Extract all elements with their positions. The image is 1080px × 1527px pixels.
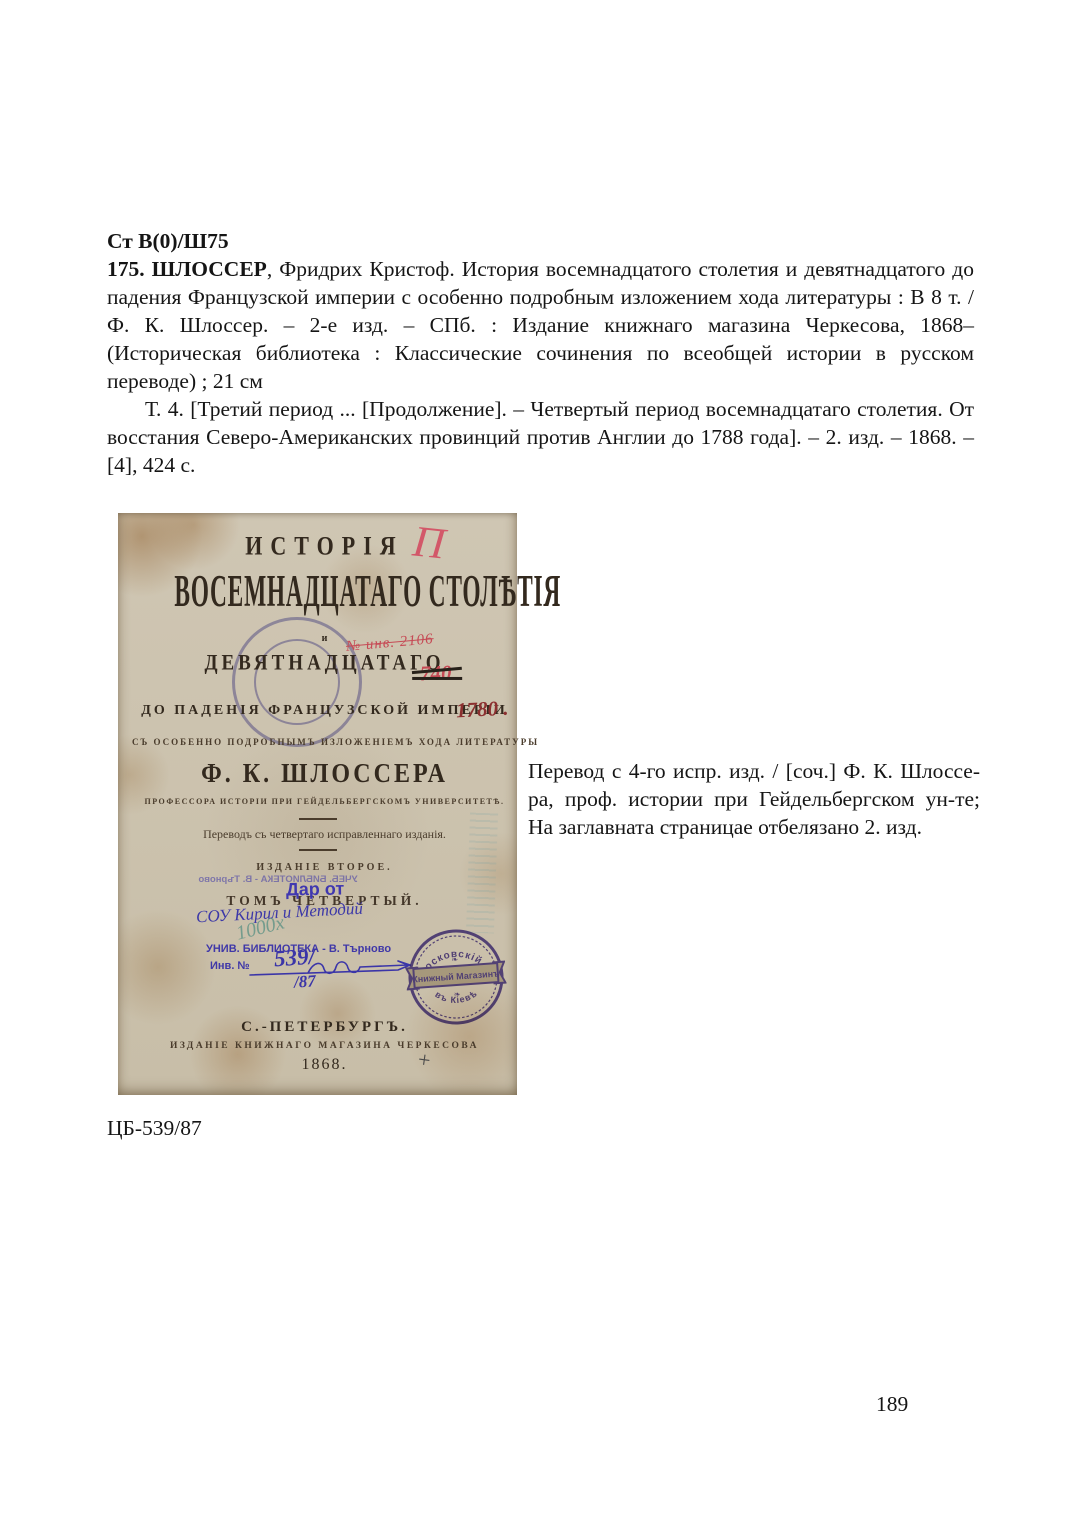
page-number: 189 — [876, 1392, 908, 1417]
shelf-code: ЦБ-539/87 — [107, 1116, 202, 1141]
handwritten-year-note: 1780 . — [455, 696, 509, 724]
entry-description: 175. ШЛОССЕР, Фридрих Кристоф. История в… — [107, 255, 974, 479]
scan-title-main: ВОСЕМНАДЦАТАГО СТОЛѢТІЯ — [174, 567, 474, 618]
scan-subtitle-detail: СЪ ОСОБЕННО ПОДРОБНЫМЪ ИЗЛОЖЕНІЕМЪ ХОДА … — [132, 737, 517, 747]
scan-title-second: ДЕВЯТНАДЦАТАГО — [132, 651, 517, 676]
book-title-page-scan: ИСТОРІЯ ВОСЕМНАДЦАТАГО СТОЛѢТІЯ и ДЕВЯТН… — [118, 513, 517, 1095]
faint-teal-stamp-residue — [466, 813, 498, 934]
scan-author: Ф. К. ШЛОССЕРА — [132, 759, 517, 790]
red-pencil-mark: П — [410, 515, 447, 569]
annotation-block: Перевод с 4-го испр. изд. / [соч.] Ф. К.… — [528, 757, 980, 841]
scan-publisher: ИЗДАНІЕ КНИЖНАГО МАГАЗИНА ЧЕРКЕСОВА — [132, 1041, 517, 1051]
scan-edition: ИЗДАНІЕ ВТОРОЕ. — [132, 862, 517, 873]
annotation-line: На заглавната страницае отбелязано 2. из… — [528, 813, 980, 841]
annotation-line: Перевод с 4-го испр. изд. / [соч.] Ф. К.… — [528, 757, 980, 785]
library-stamp-line2: Инв. № — [210, 960, 250, 972]
bookshop-round-stamp: Московскій въ Кіевѣ Книжный Магазинъ ❧ ❧ — [403, 924, 510, 1031]
scan-title-word: ИСТОРІЯ — [132, 530, 517, 561]
divider-rule — [299, 818, 337, 820]
inventory-underline-flourish — [248, 955, 418, 981]
scan-translation-note: Переводъ съ четвертаго исправленнаго изд… — [132, 827, 517, 842]
red-number-crossed: 740 — [420, 660, 452, 686]
scan-year: 1868. — [132, 1056, 517, 1074]
mirrored-offset-stamp-text: УЧЕБ. БИБЛИОТЕКА - В. Търново — [158, 874, 398, 885]
gift-stamp: Дар от — [286, 878, 345, 900]
round-stamp-ornament: ❧ — [451, 955, 459, 964]
scan-author-title: ПРОФЕССОРА ИСТОРІИ ПРИ ГЕЙДЕЛЬБЕРГСКОМЪ … — [132, 797, 517, 806]
entry-volume-note: Т. 4. [Третий период ... [Продолжение]. … — [107, 395, 974, 479]
catalogue-page: Ст В(0)/Ш75 175. ШЛОССЕР, Фридрих Кристо… — [0, 0, 1080, 1527]
bibliographic-entry: Ст В(0)/Ш75 175. ШЛОССЕР, Фридрих Кристо… — [107, 227, 974, 479]
call-number: Ст В(0)/Ш75 — [107, 227, 974, 255]
round-stamp-ornament: ❧ — [454, 990, 462, 999]
entry-heading: 175. ШЛОССЕР — [107, 257, 267, 281]
black-strike-line — [412, 677, 462, 680]
divider-rule — [299, 849, 337, 851]
annotation-line: ра, проф. истории при Гейдельбергском ун… — [528, 785, 980, 813]
entry-main-paragraph: 175. ШЛОССЕР, Фридрих Кристоф. История в… — [107, 255, 974, 395]
scan-title-conjunction: и — [132, 633, 517, 644]
